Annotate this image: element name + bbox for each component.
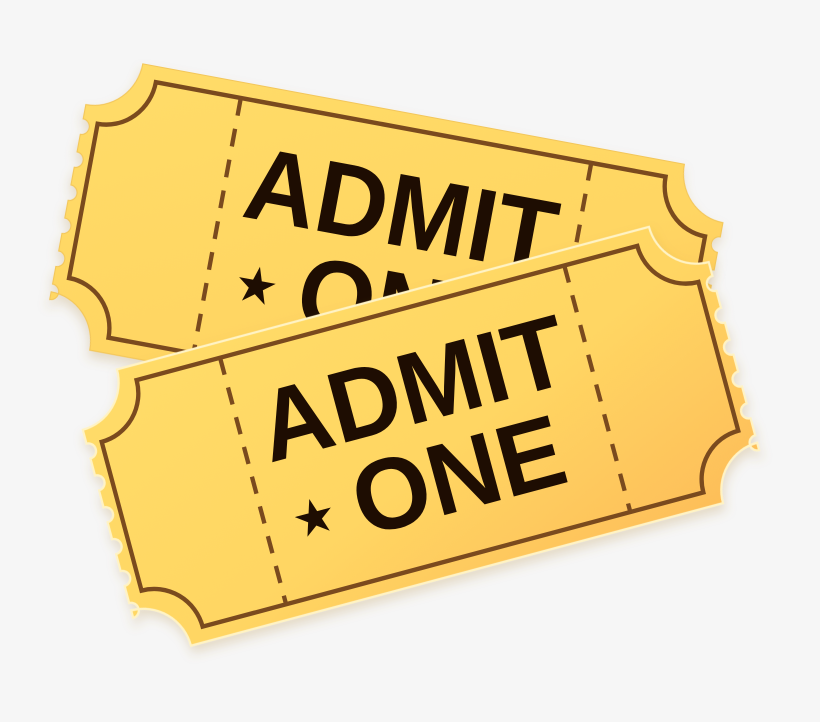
tickets-illustration: ADMIT ONE ★ ADMIT ONE ★ [0, 0, 820, 722]
